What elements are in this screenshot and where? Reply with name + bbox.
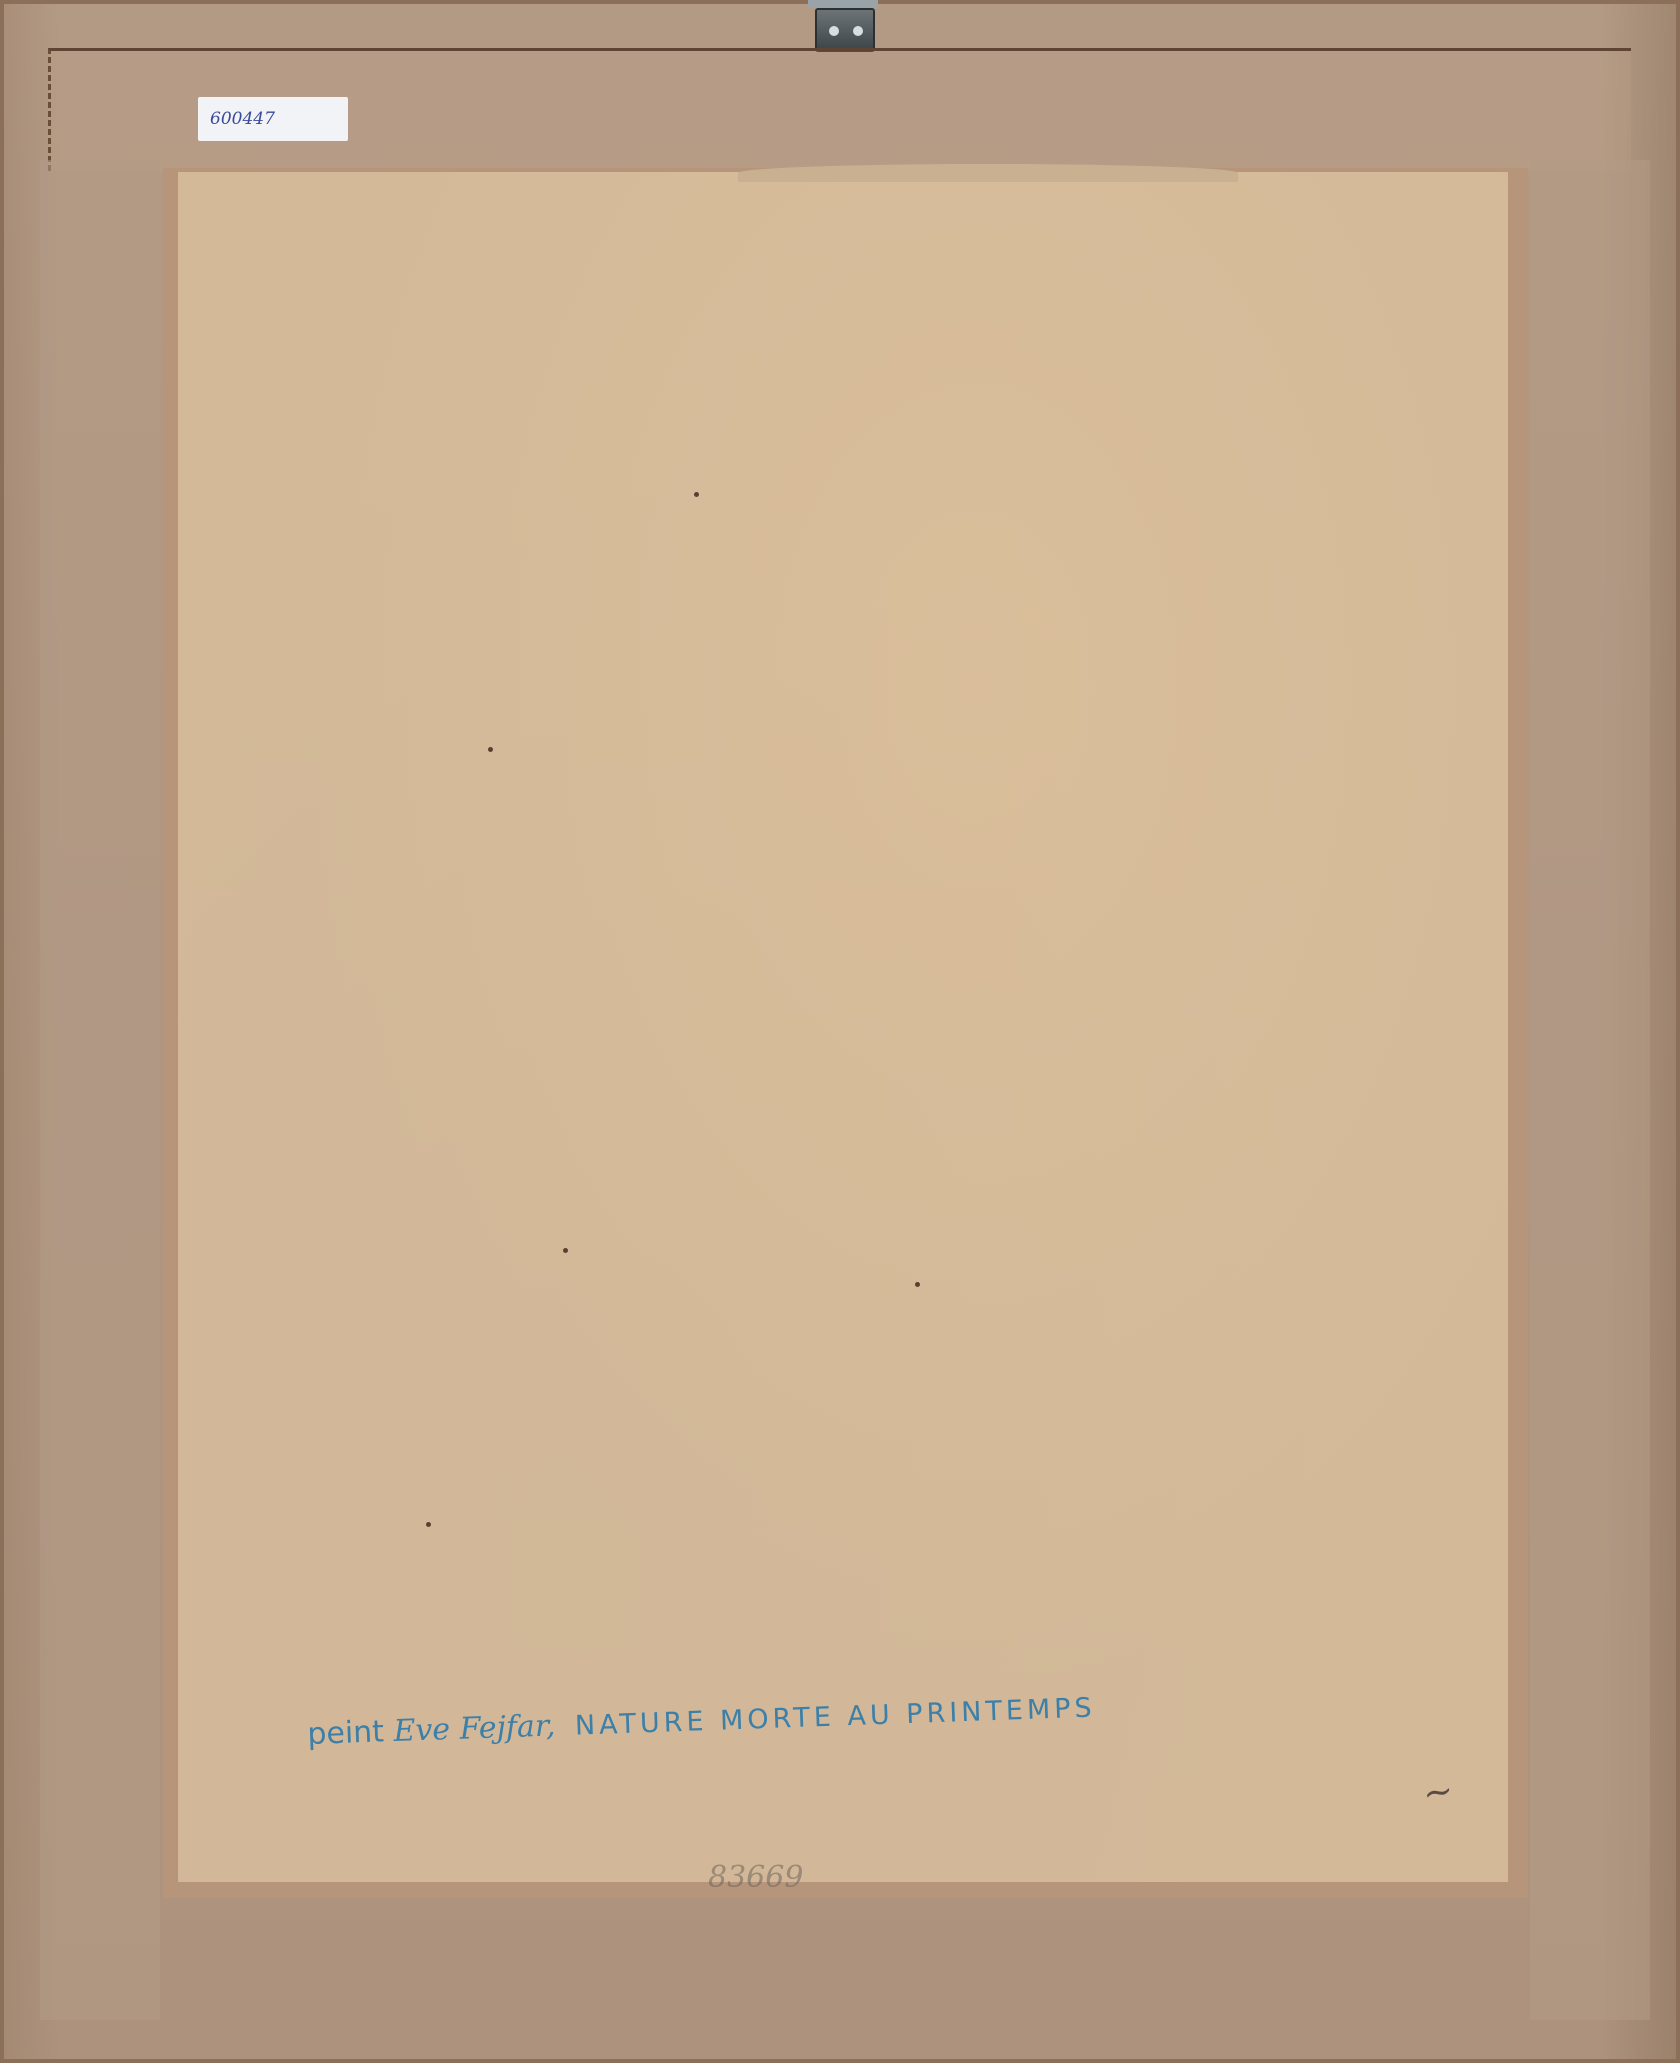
pencil-number: 83669 [708,1860,803,1895]
speck [488,747,493,752]
frame-backing: 600447 peint Eve Fejfar, NATURE MORTE AU… [0,0,1680,2063]
paper-sheet: peint Eve Fejfar, NATURE MORTE AU PRINTE… [178,172,1508,1882]
inventory-label: 600447 [198,97,348,141]
pencil-mark: ~ [1420,1770,1457,1816]
speck [694,492,699,497]
artist-name: Eve Fejfar, [393,1708,556,1749]
speck [915,1282,920,1287]
speck [426,1522,431,1527]
right-tape-strip [1530,160,1650,2020]
paper-tear [738,164,1238,182]
inscription-prefix: peint [307,1714,385,1752]
left-tape-strip [40,160,160,2020]
frame-top-edge [808,0,878,8]
speck [563,1248,568,1253]
inventory-number: 600447 [210,109,275,129]
artwork-title: NATURE MORTE AU PRINTEMPS [574,1692,1096,1741]
handwritten-inscription: peint Eve Fejfar, NATURE MORTE AU PRINTE… [307,1689,1096,1752]
hanger-icon [815,8,875,52]
